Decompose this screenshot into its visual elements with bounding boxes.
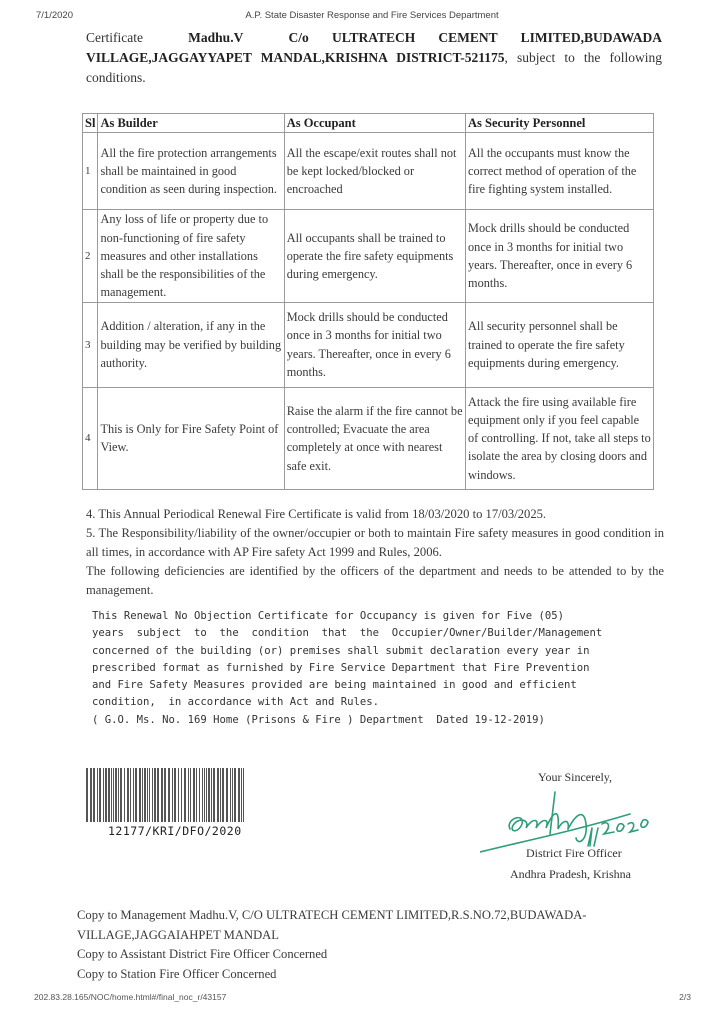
page-url: 202.83.28.165/NOC/home.html#/final_noc_r… [34,992,226,1002]
security-cell: Attack the fire using available fire equ… [466,387,654,489]
department-header: A.P. State Disaster Response and Fire Se… [0,10,724,21]
row-sl: 1 [83,133,98,210]
page-number: 2/3 [679,992,691,1002]
col-header-builder: As Builder [98,114,284,133]
occupant-cell: Mock drills should be conducted once in … [284,302,465,387]
table-row: 3 Addition / alteration, if any in the b… [83,302,654,387]
copy-sfo: Copy to Station Fire Officer Concerned [77,965,677,985]
copy-management-cont: VILLAGE,JAGGAIAHPET MANDAL [77,926,677,946]
security-cell: All security personnel shall be trained … [466,302,654,387]
copy-to-section: Copy to Management Madhu.V, C/O ULTRATEC… [77,906,677,984]
security-cell: Mock drills should be conducted once in … [466,210,654,302]
col-header-sl: Sl [83,114,98,133]
occupant-cell: All the escape/exit routes shall not be … [284,133,465,210]
security-cell: All the occupants must know the correct … [466,133,654,210]
signature-icon [480,784,680,854]
noc-statement: This Renewal No Objection Certificate fo… [92,608,662,729]
copy-management: Copy to Management Madhu.V, C/O ULTRATEC… [77,906,677,926]
notes-section: 4. This Annual Periodical Renewal Fire C… [86,505,664,600]
occupant-cell: All occupants shall be trained to operat… [284,210,465,302]
builder-cell: Any loss of life or property due to non-… [98,210,284,302]
builder-cell: All the fire protection arrangements sha… [98,133,284,210]
care-of: C/o [289,30,309,45]
row-sl: 3 [83,302,98,387]
conditions-table: Sl As Builder As Occupant As Security Pe… [82,113,654,490]
table-row: 4 This is Only for Fire Safety Point of … [83,387,654,489]
responsibility-note: 5. The Responsibility/liability of the o… [86,524,664,562]
validity-note: 4. This Annual Periodical Renewal Fire C… [86,505,664,524]
col-header-occupant: As Occupant [284,114,465,133]
officer-location: Andhra Pradesh, Krishna [510,867,631,882]
row-sl: 4 [83,387,98,489]
builder-cell: Addition / alteration, if any in the bui… [98,302,284,387]
intro-prefix: Certificate [86,30,143,45]
table-row: 2 Any loss of life or property due to no… [83,210,654,302]
deficiencies-note: The following deficiencies are identifie… [86,562,664,600]
holder-name: Madhu.V [188,30,243,45]
row-sl: 2 [83,210,98,302]
closing-text: Your Sincerely, [538,770,612,785]
occupant-cell: Raise the alarm if the fire cannot be co… [284,387,465,489]
builder-cell: This is Only for Fire Safety Point of Vi… [98,387,284,489]
officer-designation: District Fire Officer [526,846,622,861]
copy-adfo: Copy to Assistant District Fire Officer … [77,945,677,965]
table-header-row: Sl As Builder As Occupant As Security Pe… [83,114,654,133]
barcode-number: 12177/KRI/DFO/2020 [108,824,242,838]
col-header-security: As Security Personnel [466,114,654,133]
certificate-intro: Certificate Madhu.V C/o ULTRATECH CEMENT… [86,28,662,88]
table-row: 1 All the fire protection arrangements s… [83,133,654,210]
barcode [86,768,246,822]
